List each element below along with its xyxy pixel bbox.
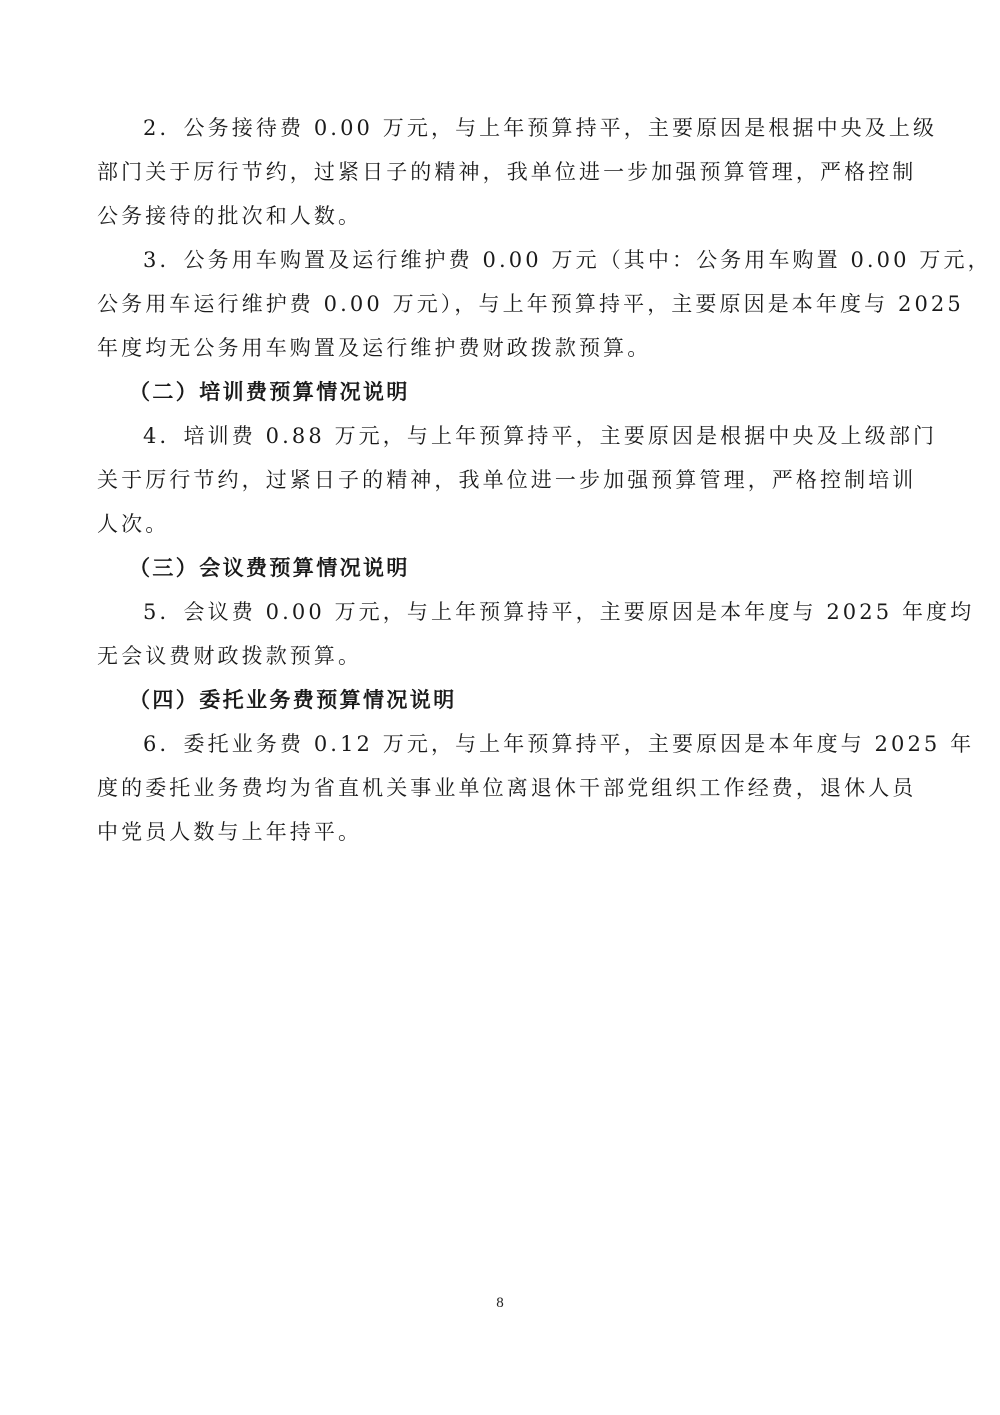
text-line: 4．培训费 0.88 万元，与上年预算持平，主要原因是根据中央及上级部门 [97, 414, 907, 458]
text-line: 3．公务用车购置及运行维护费 0.00 万元（其中：公务用车购置 0.00 万元… [97, 238, 907, 282]
section-heading-commissioned-business: （四）委托业务费预算情况说明 [97, 678, 907, 722]
text-line: 人次。 [97, 502, 907, 546]
section-heading-training: （二）培训费预算情况说明 [97, 370, 907, 414]
text-line: 2．公务接待费 0.00 万元，与上年预算持平，主要原因是根据中央及上级 [97, 106, 907, 150]
paragraph-vehicle-expenses: 3．公务用车购置及运行维护费 0.00 万元（其中：公务用车购置 0.00 万元… [97, 238, 907, 370]
text-line: 6．委托业务费 0.12 万元，与上年预算持平，主要原因是本年度与 2025 年 [97, 722, 907, 766]
text-line: 公务接待的批次和人数。 [97, 194, 907, 238]
text-line: 度的委托业务费均为省直机关事业单位离退休干部党组织工作经费，退休人员 [97, 766, 907, 810]
text-line: 中党员人数与上年持平。 [97, 810, 907, 854]
document-body: 2．公务接待费 0.00 万元，与上年预算持平，主要原因是根据中央及上级 部门关… [97, 106, 907, 854]
text-line: 关于厉行节约，过紧日子的精神，我单位进一步加强预算管理，严格控制培训 [97, 458, 907, 502]
text-line: 公务用车运行维护费 0.00 万元），与上年预算持平，主要原因是本年度与 202… [97, 282, 907, 326]
text-line: 5．会议费 0.00 万元，与上年预算持平，主要原因是本年度与 2025 年度均 [97, 590, 907, 634]
text-line: 无会议费财政拨款预算。 [97, 634, 907, 678]
section-heading-meeting: （三）会议费预算情况说明 [97, 546, 907, 590]
paragraph-reception-expenses: 2．公务接待费 0.00 万元，与上年预算持平，主要原因是根据中央及上级 部门关… [97, 106, 907, 238]
text-line: 部门关于厉行节约，过紧日子的精神，我单位进一步加强预算管理，严格控制 [97, 150, 907, 194]
paragraph-commissioned-business-expenses: 6．委托业务费 0.12 万元，与上年预算持平，主要原因是本年度与 2025 年… [97, 722, 907, 854]
paragraph-training-expenses: 4．培训费 0.88 万元，与上年预算持平，主要原因是根据中央及上级部门 关于厉… [97, 414, 907, 546]
text-line: 年度均无公务用车购置及运行维护费财政拨款预算。 [97, 326, 907, 370]
paragraph-meeting-expenses: 5．会议费 0.00 万元，与上年预算持平，主要原因是本年度与 2025 年度均… [97, 590, 907, 678]
page-number: 8 [0, 1295, 1000, 1312]
